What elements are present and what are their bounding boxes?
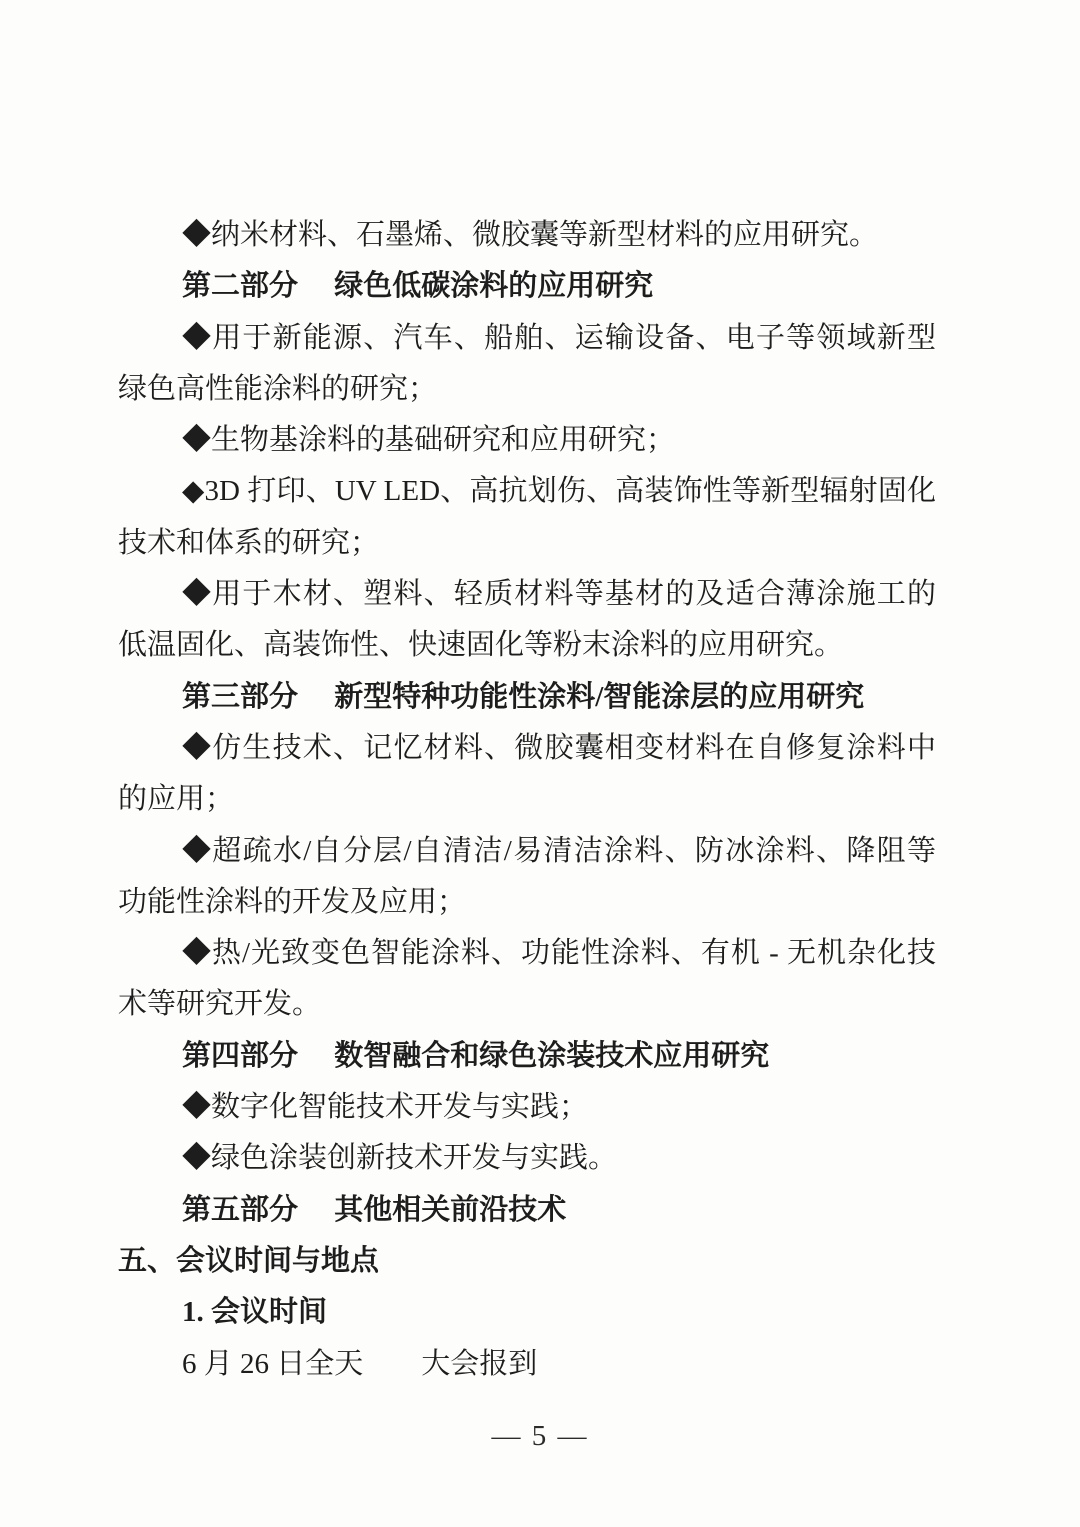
bullet-item: ◆数字化智能技术开发与实践；: [118, 1082, 936, 1133]
section-heading-part4: 第四部分 数智融合和绿色涂装技术应用研究: [118, 1031, 936, 1082]
bullet-item: ◆3D 打印、UV LED、高抗划伤、高装饰性等新型辐射固化: [118, 466, 936, 517]
bullet-item: ◆仿生技术、记忆材料、微胶囊相变材料在自修复涂料中: [118, 723, 936, 774]
bullet-item: ◆绿色涂装创新技术开发与实践。: [118, 1133, 936, 1184]
sub-heading-meeting-time: 1. 会议时间: [118, 1287, 936, 1338]
bullet-item: ◆热/光致变色智能涂料、功能性涂料、有机 - 无机杂化技: [118, 928, 936, 979]
section-heading-part2: 第二部分 绿色低碳涂料的应用研究: [118, 261, 936, 312]
bullet-item-continuation: 绿色高性能涂料的研究；: [118, 364, 936, 415]
bullet-item: ◆用于新能源、汽车、船舶、运输设备、电子等领域新型: [118, 313, 936, 364]
section-heading-part5: 第五部分 其他相关前沿技术: [118, 1185, 936, 1236]
bullet-item-continuation: 技术和体系的研究；: [118, 518, 936, 569]
bullet-item: ◆用于木材、塑料、轻质材料等基材的及适合薄涂施工的: [118, 569, 936, 620]
bullet-item: ◆超疏水/自分层/自清洁/易清洁涂料、防冰涂料、降阻等: [118, 826, 936, 877]
bullet-item-continuation: 低温固化、高装饰性、快速固化等粉末涂料的应用研究。: [118, 620, 936, 671]
page-footer: — 5 —: [0, 1420, 1080, 1453]
section-heading-part3: 第三部分 新型特种功能性涂料/智能涂层的应用研究: [118, 672, 936, 723]
bullet-item: ◆纳米材料、石墨烯、微胶囊等新型材料的应用研究。: [118, 210, 936, 261]
bullet-item: ◆生物基涂料的基础研究和应用研究；: [118, 415, 936, 466]
page-number: — 5 —: [492, 1420, 589, 1452]
bullet-item-continuation: 功能性涂料的开发及应用；: [118, 877, 936, 928]
bullet-item-continuation: 术等研究开发。: [118, 979, 936, 1030]
document-body: ◆纳米材料、石墨烯、微胶囊等新型材料的应用研究。第二部分 绿色低碳涂料的应用研究…: [118, 210, 936, 1390]
chapter-heading-5: 五、会议时间与地点: [118, 1236, 936, 1287]
document-page: ◆纳米材料、石墨烯、微胶囊等新型材料的应用研究。第二部分 绿色低碳涂料的应用研究…: [0, 0, 1080, 1527]
bullet-item-continuation: 的应用；: [118, 774, 936, 825]
schedule-line: 6 月 26 日全天 大会报到: [118, 1339, 936, 1390]
